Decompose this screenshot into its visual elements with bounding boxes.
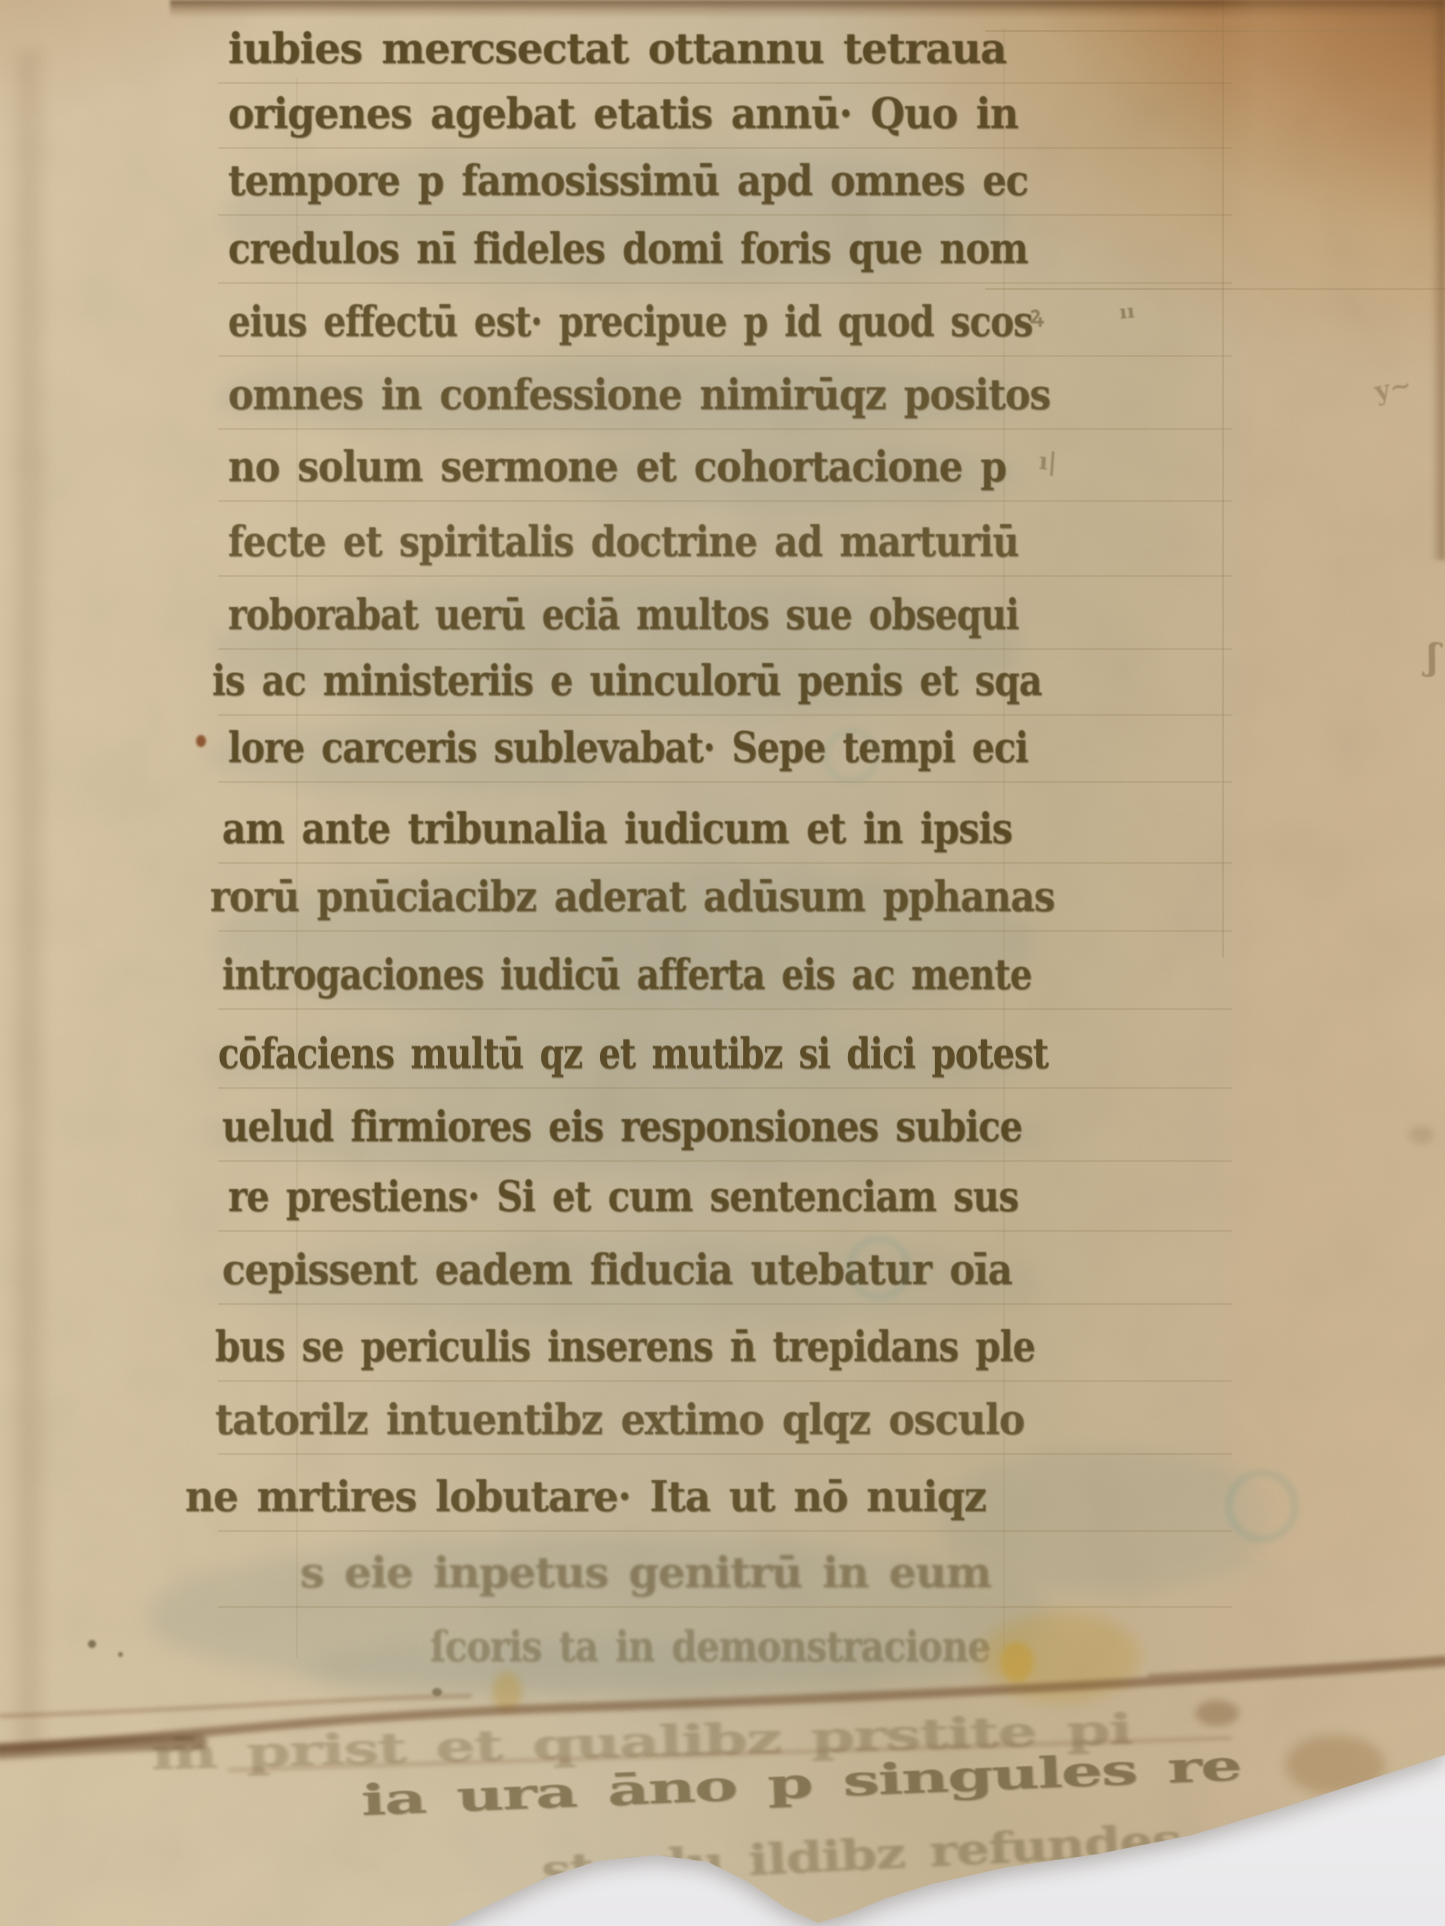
parchment-texture xyxy=(0,0,1445,1926)
manuscript-page: iubies mercsectat ottannu tetrauaorigene… xyxy=(0,0,1445,1926)
parchment-shadow: iubies mercsectat ottannu tetrauaorigene… xyxy=(0,0,1445,1926)
photo-background: iubies mercsectat ottannu tetrauaorigene… xyxy=(0,0,1445,1926)
